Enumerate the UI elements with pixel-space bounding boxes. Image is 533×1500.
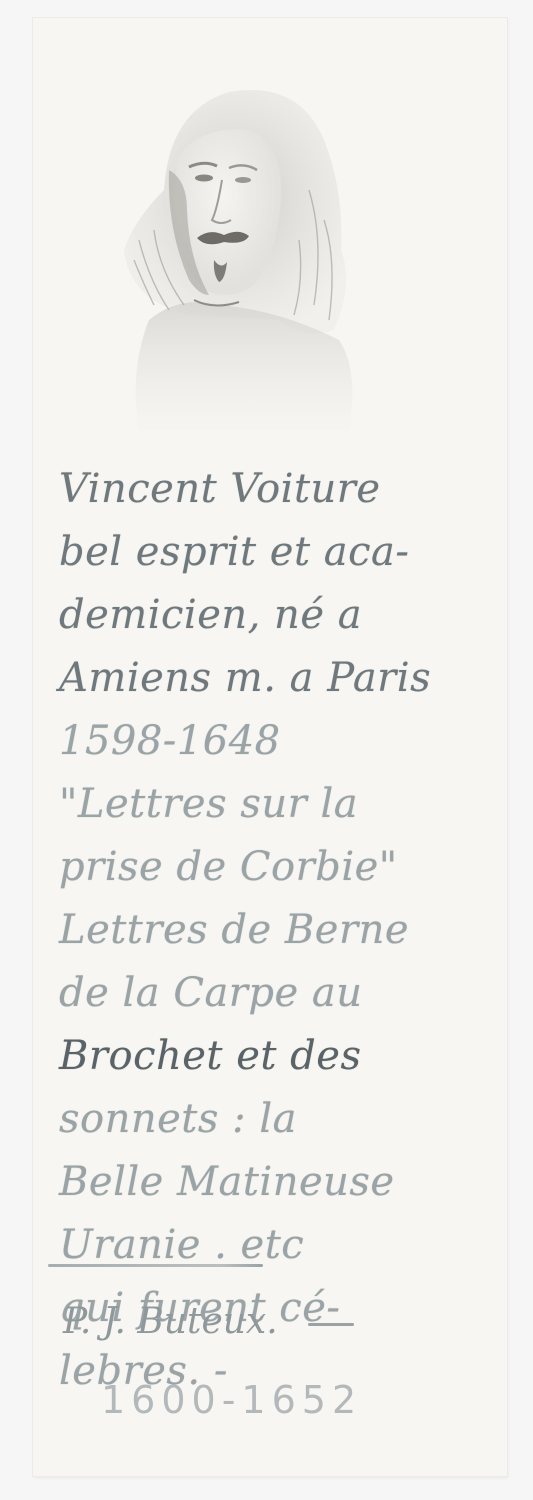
text-line: demicien, né a bbox=[59, 584, 499, 647]
manuscript-card: Vincent Voiture bel esprit et aca- demic… bbox=[33, 18, 507, 1476]
text-line-name: Vincent Voiture bbox=[59, 458, 499, 521]
text-line: bel esprit et aca- bbox=[59, 521, 499, 584]
text-line: sonnets : la bbox=[59, 1088, 499, 1151]
text-line: prise de Corbie" bbox=[59, 836, 499, 899]
signature-dash bbox=[308, 1323, 354, 1326]
signature: P. J. Buteux. bbox=[63, 1301, 354, 1342]
text-line: Uranie . etc bbox=[59, 1214, 499, 1277]
text-line: Amiens m. a Paris bbox=[59, 647, 499, 710]
divider-rule bbox=[48, 1264, 263, 1267]
text-line: Belle Matineuse bbox=[59, 1151, 499, 1214]
text-line: Lettres de Berne bbox=[59, 899, 499, 962]
text-line-dates: 1598-1648 bbox=[59, 710, 499, 773]
text-line: de la Carpe au bbox=[59, 962, 499, 1025]
text-line: "Lettres sur la bbox=[59, 773, 499, 836]
portrait-sketch bbox=[109, 70, 389, 430]
signature-name: P. J. Buteux. bbox=[63, 1301, 278, 1342]
biography-text: Vincent Voiture bel esprit et aca- demic… bbox=[59, 458, 499, 1403]
signature-dates: 1600-1652 bbox=[101, 1378, 362, 1422]
text-line: Brochet et des bbox=[59, 1025, 499, 1088]
